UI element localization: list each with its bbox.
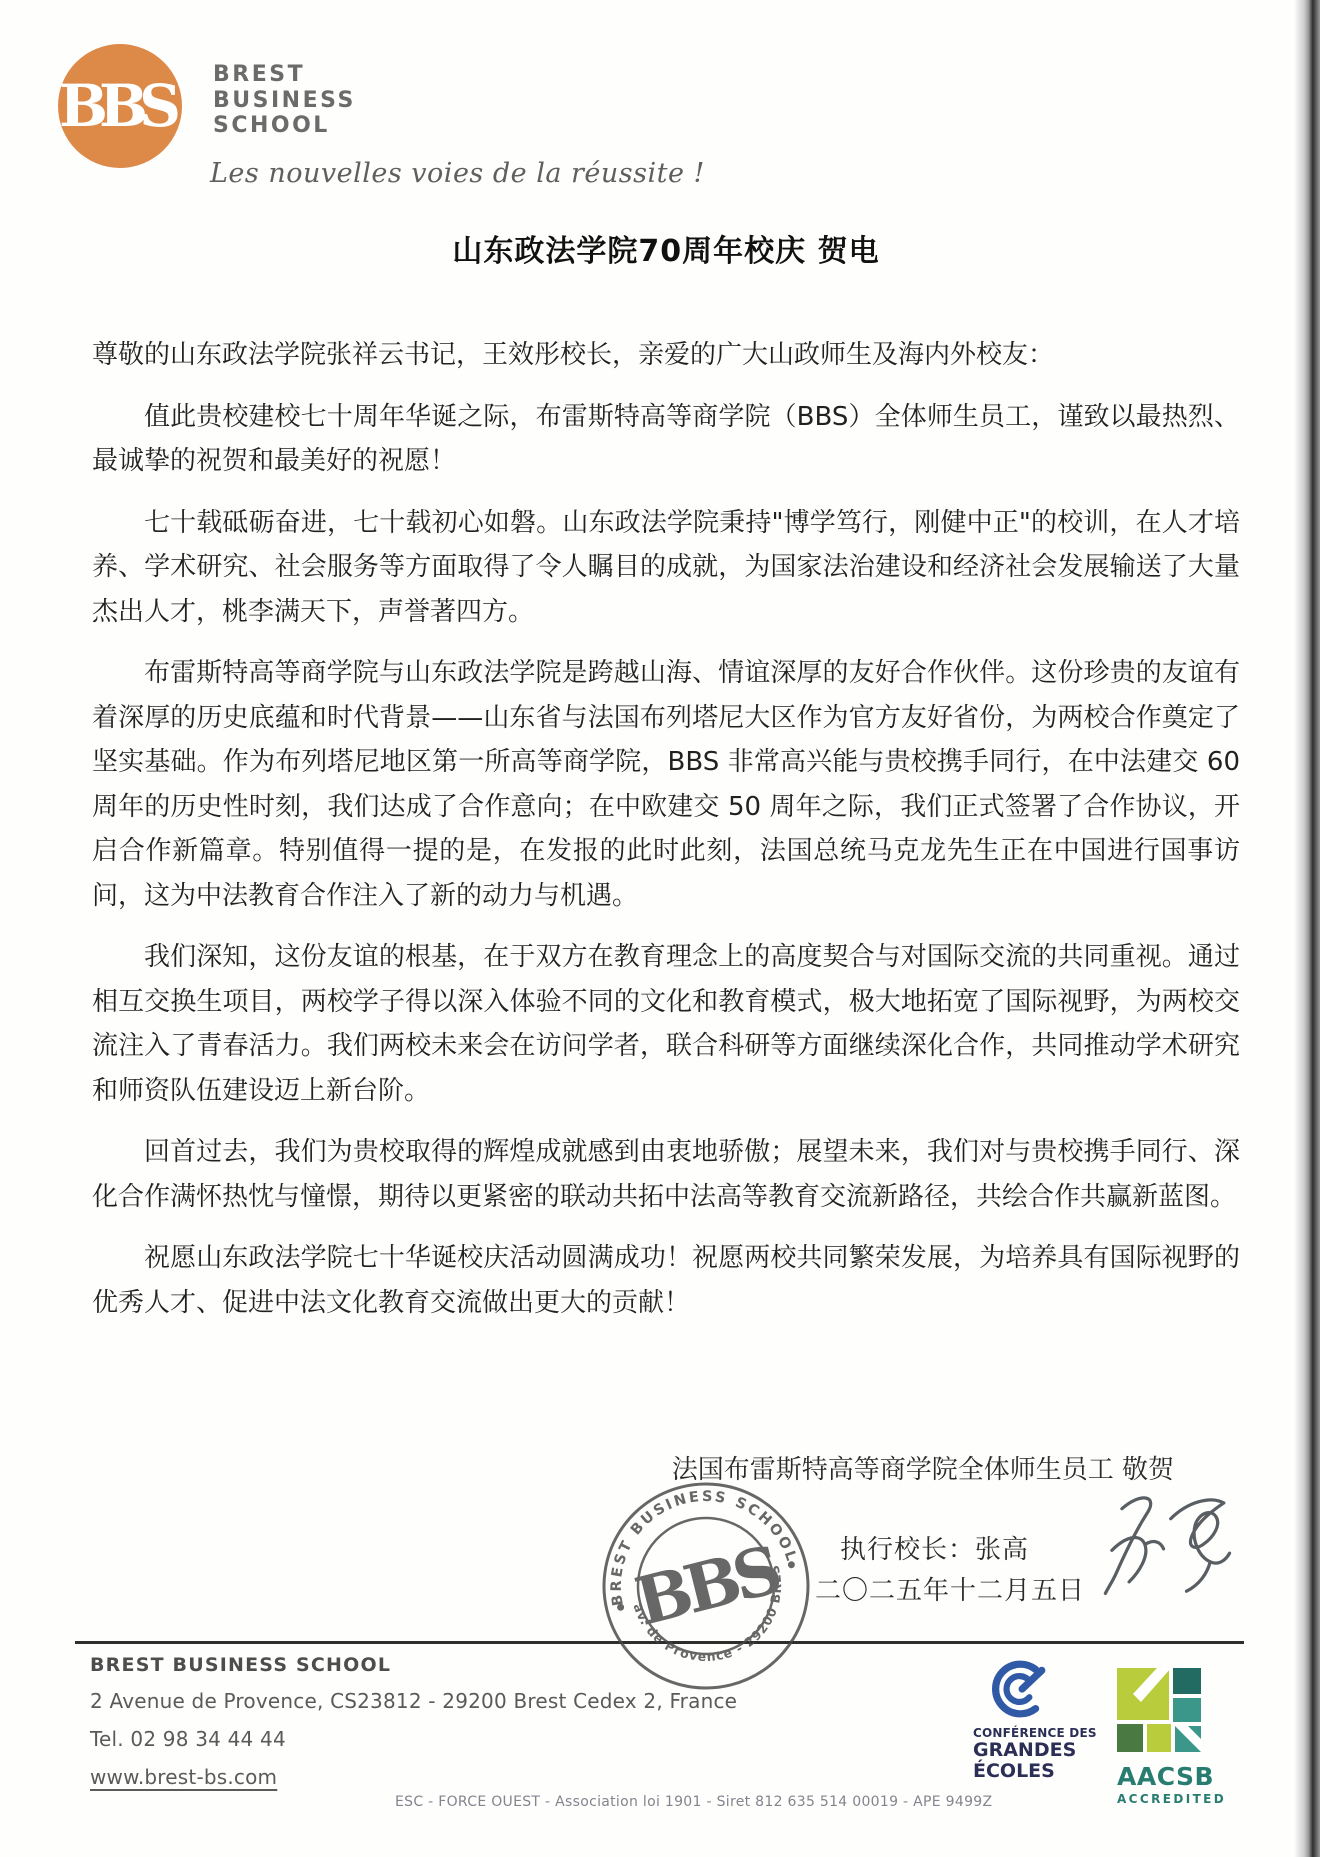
bbs-logo-monogram: BBS [59,72,181,140]
signature-date: 二〇二五年十二月五日 [815,1570,1085,1607]
cge-logo-icon [987,1658,1049,1720]
cge-label-line: ÉCOLES [973,1761,1103,1782]
school-name: BREST BUSINESS SCHOOL [213,62,356,139]
footer-legal: ESC - FORCE OUEST - Association loi 1901… [395,1794,992,1810]
school-name-line: BUSINESS [213,88,356,114]
paragraph: 祝愿山东政法学院七十华诞校庆活动圆满成功！祝愿两校共同繁荣发展，为培养具有国际视… [92,1236,1240,1325]
aacsb-label-line: ACCREDITED [1117,1792,1237,1806]
cge-label-line: CONFÉRENCE DES [973,1726,1103,1740]
school-tagline: Les nouvelles voies de la réussite ! [210,158,705,189]
paragraph: 回首过去，我们为贵校取得的辉煌成就感到由衷地骄傲；展望未来，我们对与贵校携手同行… [92,1130,1240,1219]
paragraph: 七十载砥砺奋进，七十载初心如磐。山东政法学院秉持"博学笃行，刚健中正"的校训，在… [92,501,1240,635]
aacsb-label-line: AACSB [1117,1762,1237,1791]
bbs-logo-icon: BBS [58,44,182,168]
aacsb-logo-icon [1117,1668,1201,1752]
handwritten-signature [1095,1480,1245,1602]
signature-signer: 执行校长：张高 [840,1529,1029,1566]
footer-website: www.brest-bs.com [90,1765,737,1789]
scan-edge-artifact [1294,0,1320,1857]
letter-title: 山东政法学院70周年校庆 贺电 [92,226,1240,270]
school-name-line: SCHOOL [213,113,356,139]
footer-phone: Tel. 02 98 34 44 44 [90,1727,737,1751]
scanned-letter-page: BBS BREST BUSINESS SCHOOL Les nouvelles … [0,0,1320,1857]
salutation: 尊敬的山东政法学院张祥云书记，王效彤校长，亲爱的广大山政师生及海内外校友： [92,333,1240,378]
paragraph: 值此贵校建校七十周年华诞之际，布雷斯特高等商学院（BBS）全体师生员工，谨致以最… [92,395,1240,484]
paragraph: 我们深知，这份友谊的根基，在于双方在教育理念上的高度契合与对国际交流的共同重视。… [92,935,1240,1113]
cge-logo: CONFÉRENCE DES GRANDES ÉCOLES [973,1658,1103,1782]
aacsb-logo: AACSB ACCREDITED [1117,1668,1237,1806]
school-name-line: BREST [213,62,356,88]
letter-body: 尊敬的山东政法学院张祥云书记，王效彤校长，亲爱的广大山政师生及海内外校友： 值此… [92,333,1240,1342]
cge-label-line: GRANDES [973,1740,1103,1761]
paragraph: 布雷斯特高等商学院与山东政法学院是跨越山海、情谊深厚的友好合作伙伴。这份珍贵的友… [92,651,1240,918]
